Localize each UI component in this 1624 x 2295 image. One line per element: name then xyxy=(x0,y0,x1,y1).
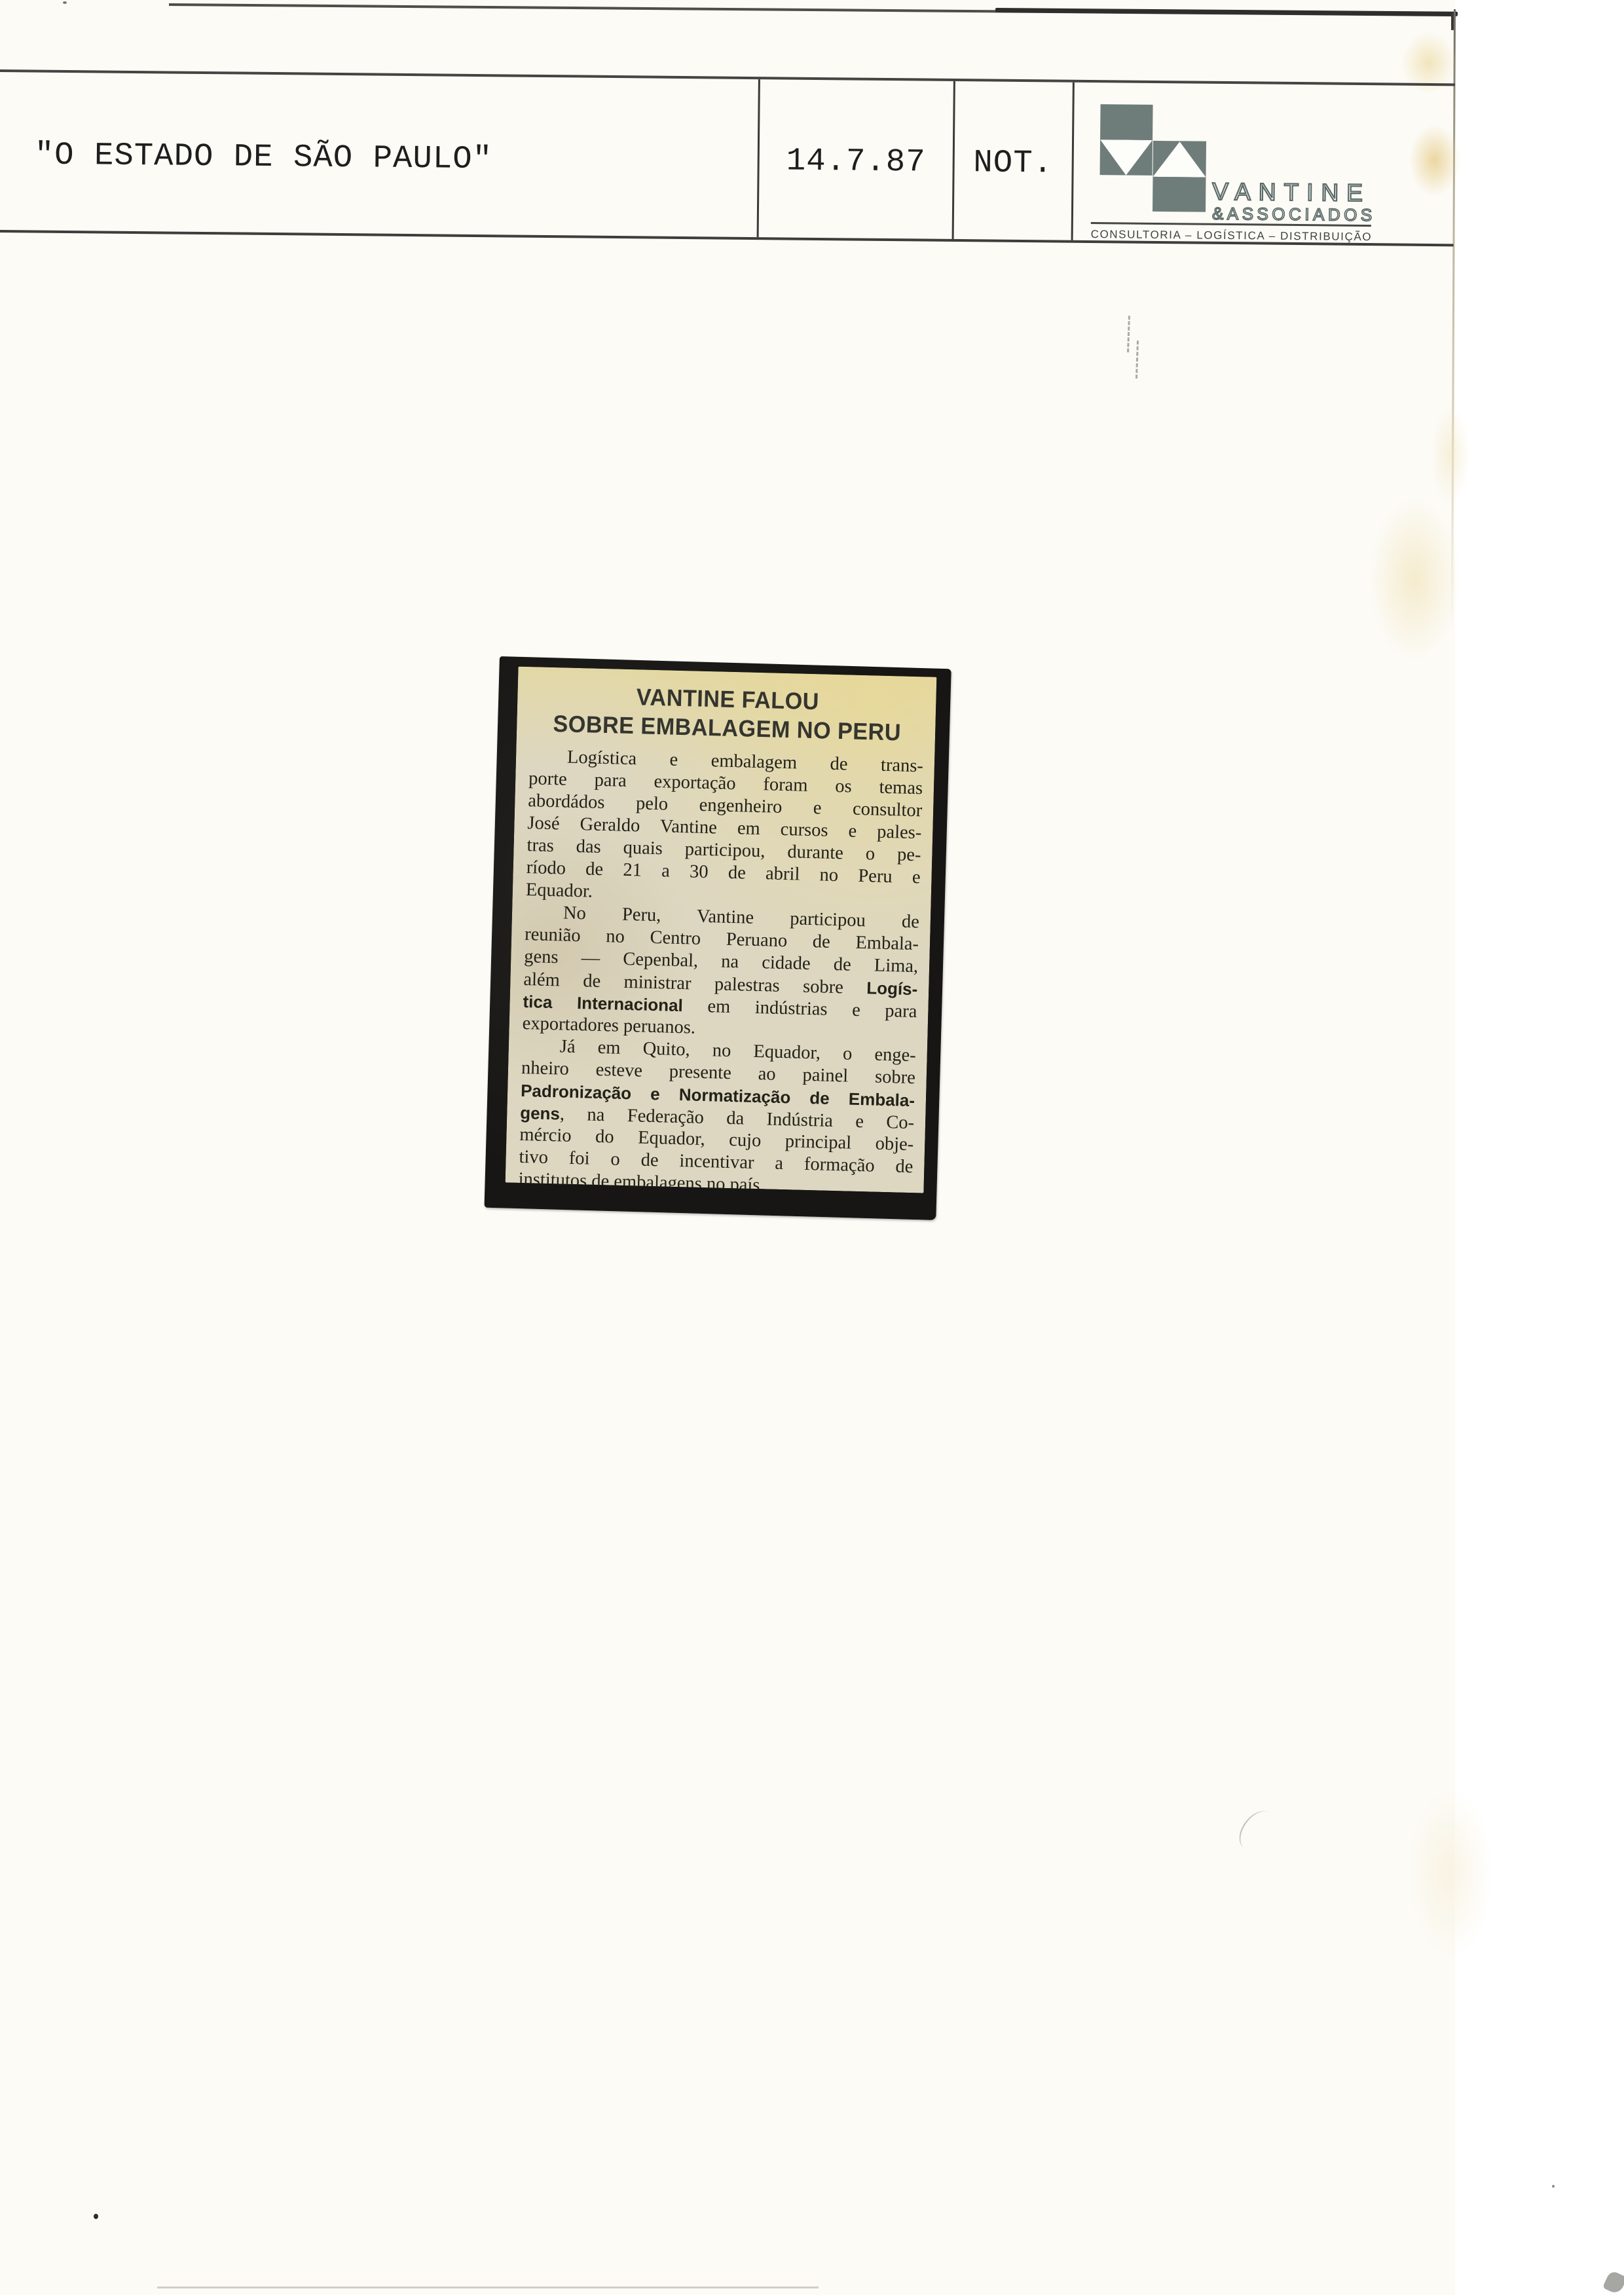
clipping-body: Logística e embalagem de trans-porte par… xyxy=(518,745,923,1193)
bold-phrase: tica Internacional xyxy=(523,992,683,1015)
clipping-header-table: "O ESTADO DE SÃO PAULO" 14.7.87 NOT. VAN… xyxy=(0,69,1455,246)
dust-speck xyxy=(94,2214,98,2219)
clipping-date: 14.7.87 xyxy=(786,142,926,180)
age-stain xyxy=(1408,1788,1493,1958)
scanned-press-clipping-page: { "page": { "source_title": "\"O ESTADO … xyxy=(0,0,1624,2295)
text-segment: Equador. xyxy=(526,880,593,902)
newspaper-clipping-mount: VANTINE FALOU SOBRE EMBALAGEM NO PERU Lo… xyxy=(484,656,951,1220)
age-stain xyxy=(1431,406,1470,504)
text-segment: exportadores peruanos. xyxy=(522,1013,695,1038)
bold-phrase: Logís- xyxy=(866,978,918,999)
logo-wordmark-secondary: &ASSOCIADOS xyxy=(1212,204,1500,225)
logo-square-a xyxy=(1153,141,1206,212)
newspaper-clipping: VANTINE FALOU SOBRE EMBALAGEM NO PERU Lo… xyxy=(506,667,937,1193)
logo-cell: VANTINE &ASSOCIADOS CONSULTORIA – LOGÍST… xyxy=(1073,83,1454,244)
logo-triangle-up xyxy=(1153,141,1207,177)
source-title-cell: "O ESTADO DE SÃO PAULO" xyxy=(0,72,758,237)
bold-phrase: gens xyxy=(520,1103,560,1124)
scan-edge-line xyxy=(157,2286,819,2288)
date-cell: 14.7.87 xyxy=(759,79,953,239)
category-code: NOT. xyxy=(973,144,1053,181)
logo-wordmark: VANTINE xyxy=(1212,179,1500,207)
clipping-headline: VANTINE FALOU SOBRE EMBALAGEM NO PERU xyxy=(540,681,915,747)
dust-speck xyxy=(63,1,67,4)
dust-speck xyxy=(1552,2185,1555,2188)
vantine-logo-icon xyxy=(1099,104,1207,212)
logo-triangle-down xyxy=(1100,140,1153,176)
source-title: "O ESTADO DE SÃO PAULO" xyxy=(34,136,492,177)
age-stain xyxy=(1369,498,1460,662)
logo-square-v xyxy=(1100,104,1153,176)
clipping-content: VANTINE FALOU SOBRE EMBALAGEM NO PERU Lo… xyxy=(518,672,925,1193)
logo-tagline: CONSULTORIA – LOGÍSTICA – DISTRIBUIÇÃO xyxy=(1091,228,1376,244)
category-cell: NOT. xyxy=(954,81,1073,240)
corner-smudge xyxy=(1602,2269,1624,2295)
